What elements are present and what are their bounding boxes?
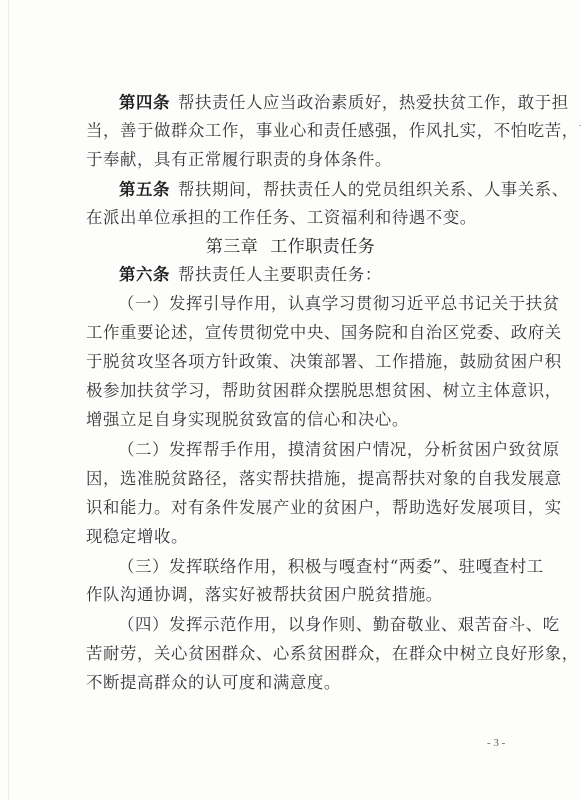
article-6-label: 第六条 [119, 265, 170, 284]
item-2-line-3: 识和能力。对有条件发展产业的贫困户，帮助选好发展项目，实 [86, 497, 500, 519]
item-3-line-1: （三）发挥联络作用，积极与嘎查村“两委”、驻嘎查村工 [118, 556, 500, 578]
chapter-title: 工作职责任务 [270, 237, 375, 257]
article-6-line-1: 第六条帮扶责任人主要职责任务： [119, 264, 500, 286]
item-4-line-1: （四）发挥示范作用，以身作则、勤奋敬业、艰苦奋斗、吃 [118, 614, 500, 636]
item-3-line-2: 作队沟通协调，落实好被帮扶贫困户脱贫措施。 [86, 584, 500, 606]
item-1-line-1: （一）发挥引导作用，认真学习贯彻习近平总书记关于扶贫 [118, 293, 500, 315]
item-2-line-1: （二）发挥帮手作用，摸清贫困户情况，分析贫困户致贫原 [118, 439, 500, 461]
article-5-text: 帮扶期间，帮扶责任人的党员组织关系、人事关系、 [178, 180, 569, 199]
item-4-line-2: 苦耐劳，关心贫困群众、心系贫困群众，在群众中树立良好形象， [86, 643, 500, 665]
article-5-line-2: 在派出单位承担的工作任务、工资福利和待遇不变。 [86, 207, 500, 229]
item-4-line-3: 不断提高群众的认可度和满意度。 [86, 672, 500, 694]
article-4-label: 第四条 [119, 93, 170, 112]
article-5-label: 第五条 [119, 180, 170, 199]
chapter-number: 第三章 [206, 237, 259, 257]
article-4-line-3: 于奉献，具有正常履行职责的身体条件。 [86, 149, 500, 171]
item-1-line-3: 于脱贫攻坚各项方针政策、决策部署、工作措施，鼓励贫困户积 [86, 351, 500, 373]
article-4-text: 帮扶责任人应当政治素质好，热爱扶贫工作，敢于担 [178, 93, 569, 112]
article-5-line-1: 第五条帮扶期间，帮扶责任人的党员组织关系、人事关系、 [119, 179, 500, 201]
chapter-heading: 第三章工作职责任务 [0, 236, 581, 258]
page-number: - 3 - [487, 737, 505, 749]
item-1-line-5: 增强立足自身实现脱贫致富的信心和决心。 [86, 409, 500, 431]
item-1-line-2: 工作重要论述，宣传贯彻党中央、国务院和自治区党委、政府关 [86, 322, 500, 344]
item-1-line-4: 极参加扶贫学习，帮助贫困群众摆脱思想贫困、树立主体意识， [86, 380, 500, 402]
item-2-line-4: 现稳定增收。 [86, 526, 500, 548]
article-4-line-1: 第四条帮扶责任人应当政治素质好，热爱扶贫工作，敢于担 [119, 92, 500, 114]
document-page: 第四条帮扶责任人应当政治素质好，热爱扶贫工作，敢于担 当，善于做群众工作，事业心… [0, 0, 581, 800]
article-4-line-2: 当，善于做群众工作，事业心和责任感强，作风扎实，不怕吃苦，甘 [86, 120, 500, 142]
item-2-line-2: 因，选准脱贫路径，落实帮扶措施，提高帮扶对象的自我发展意 [86, 468, 500, 490]
scan-edge-line [8, 0, 9, 800]
article-6-intro: 帮扶责任人主要职责任务： [178, 265, 382, 284]
